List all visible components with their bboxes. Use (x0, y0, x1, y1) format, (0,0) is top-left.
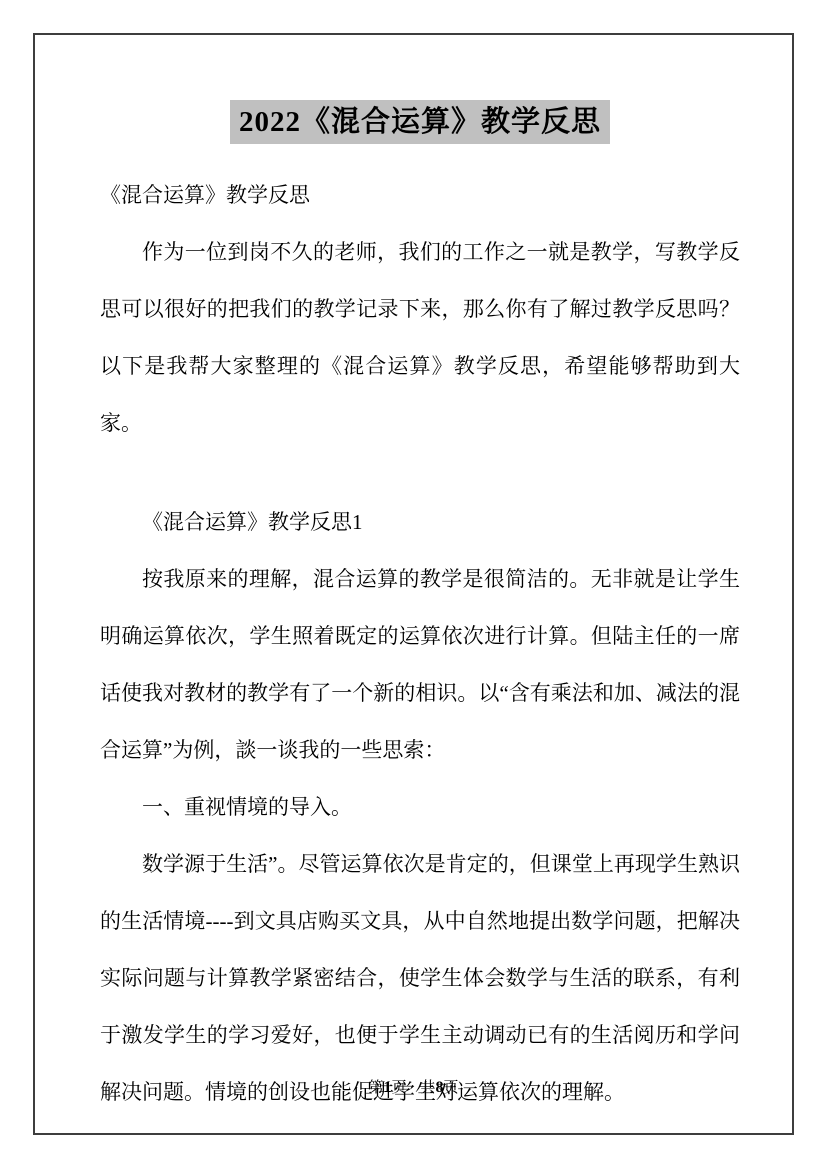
footer-page-suffix: 页 (391, 1080, 406, 1096)
footer-total-number: 8 (436, 1079, 444, 1096)
paragraph-body-1: 按我原来的理解，混合运算的教学是很简洁的。无非就是让学生明确运算依次，学生照着既… (100, 551, 740, 779)
paragraph-section-heading: 《混合运算》教学反思1 (100, 494, 740, 551)
document-title-row: 2022《混合运算》教学反思 (100, 100, 740, 144)
footer-total-suffix: 页 (444, 1080, 459, 1096)
footer-page-prefix: 第 (368, 1080, 383, 1096)
footer-total-prefix: 共 (421, 1080, 436, 1096)
page-footer: 第1页共8页 (0, 1078, 827, 1098)
paragraph-list-item: 一、重视情境的导入。 (100, 779, 740, 836)
document-title: 2022《混合运算》教学反思 (230, 100, 610, 144)
paragraph-intro: 作为一位到岗不久的老师，我们的工作之一就是教学，写教学反思可以很好的把我们的教学… (100, 224, 740, 452)
document-body: 《混合运算》教学反思 作为一位到岗不久的老师，我们的工作之一就是教学，写教学反思… (100, 167, 740, 1121)
paragraph-subtitle: 《混合运算》教学反思 (100, 167, 740, 224)
document-content: 2022《混合运算》教学反思 《混合运算》教学反思 作为一位到岗不久的老师，我们… (100, 33, 740, 1121)
